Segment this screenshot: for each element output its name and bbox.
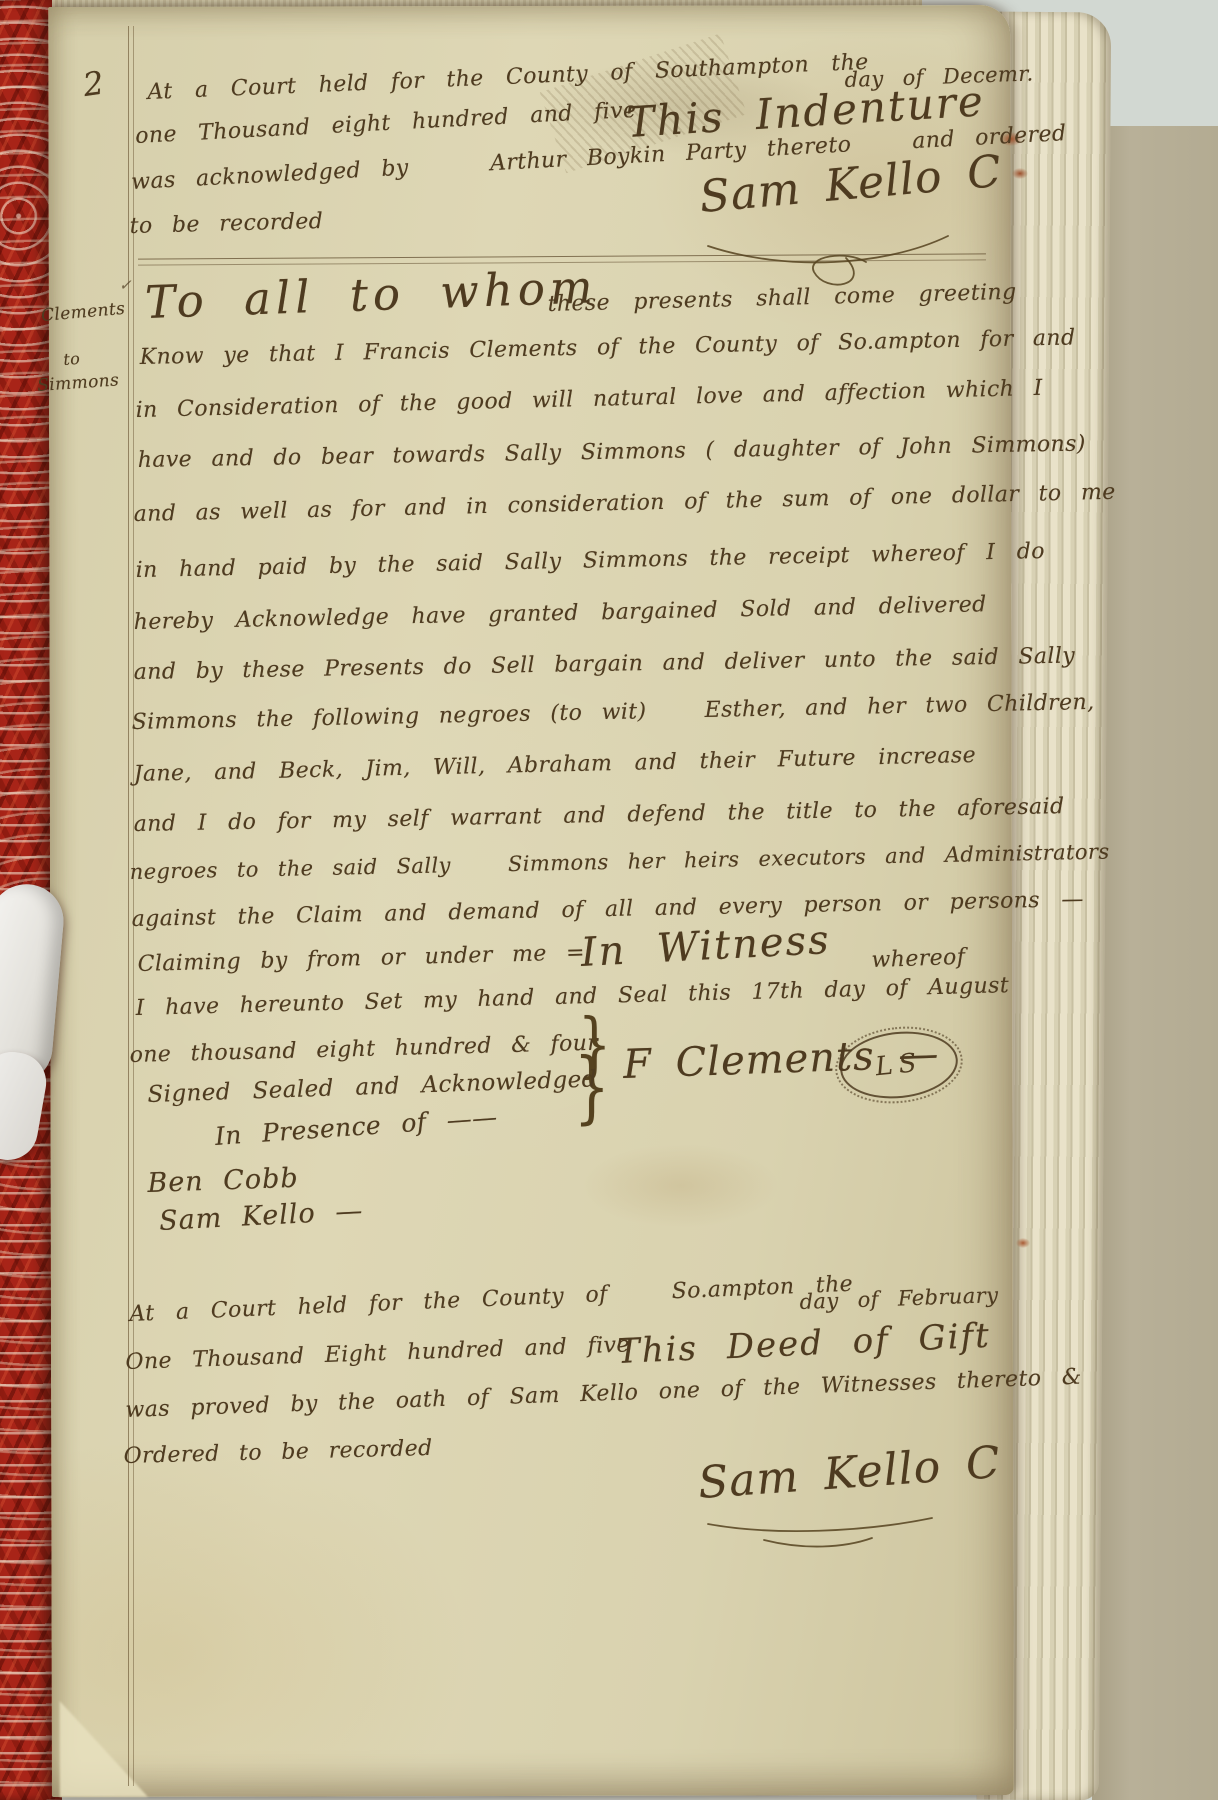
court-entry-line: to be recorded — [129, 209, 323, 239]
deed-line: against the Claim and demand of all and … — [131, 887, 1084, 932]
court-entry-line: one Thousand eight hundred and five — [135, 98, 637, 149]
deed-opening-rest: these presents shall come greeting — [547, 280, 1017, 317]
court-entry-line: At a Court held for the County of So.amp… — [129, 1272, 854, 1327]
deed-line: one thousand eight hundred & four — [129, 1031, 598, 1068]
margin-note-party2: Simmons — [37, 370, 120, 396]
signature-flourish — [694, 1514, 954, 1564]
deed-line: and I do for my self warrant and defend … — [134, 794, 1065, 837]
deed-line: Simmons the following negroes (to wit) E… — [131, 690, 1094, 735]
attestation-line: Signed Sealed and Acknowledged — [147, 1066, 597, 1108]
deed-line: have and do bear towards Sally Simmons (… — [138, 431, 1086, 473]
deed-line: in hand paid by the said Sally Simmons t… — [135, 539, 1045, 583]
deed-line: Know ye that I Francis Clements of the C… — [139, 325, 1075, 370]
seal-text: LS — [874, 1048, 924, 1083]
witness-name: Ben Cobb — [147, 1163, 299, 1199]
deed-line: Claiming by from or under me = — [137, 940, 585, 977]
deed-line: and as well as for and in consideration … — [133, 480, 1115, 527]
court-entry-line: One Thousand Eight hundred and five — [125, 1332, 630, 1375]
deed-line: in Consideration of the good will natura… — [135, 376, 1043, 423]
deed-line: negroes to the said Sally Simmons her he… — [129, 839, 1109, 884]
deed-line: hereby Acknowledge have granted bargaine… — [133, 592, 986, 635]
check-mark: ✓ — [119, 276, 132, 294]
deed-of-gift-heading: This Deed of Gift — [616, 1316, 991, 1372]
witness-name: Sam Kello — — [158, 1195, 364, 1237]
margin-note-connector: to — [63, 349, 81, 369]
deed-line: Jane, and Beck, Jim, Will, Abraham and t… — [133, 743, 976, 787]
presence-line: In Presence of —— — [214, 1102, 498, 1151]
page-number: 2 — [81, 63, 107, 104]
deed-line: whereof — [871, 945, 966, 973]
court-entry-line: was proved by the oath of Sam Kello one … — [125, 1365, 1082, 1423]
photo-backdrop: 2 ✓ Clements to Simmons At a Court held … — [0, 0, 1218, 1800]
court-entry-line: Ordered to be recorded — [123, 1436, 433, 1469]
deed-line: and by these Presents do Sell bargain an… — [134, 644, 1076, 685]
deed-opening-large: To all to whom — [144, 260, 598, 329]
handwriting-layer: 2 ✓ Clements to Simmons At a Court held … — [0, 0, 1218, 1800]
signature-flourish — [696, 228, 966, 288]
witness-heading: In Witness — [580, 917, 832, 976]
deed-line: I have hereunto Set my hand and Seal thi… — [135, 973, 1009, 1021]
margin-note-party1: Clements — [40, 299, 126, 326]
clerk-signature: Sam Kello C — [696, 1437, 1002, 1509]
